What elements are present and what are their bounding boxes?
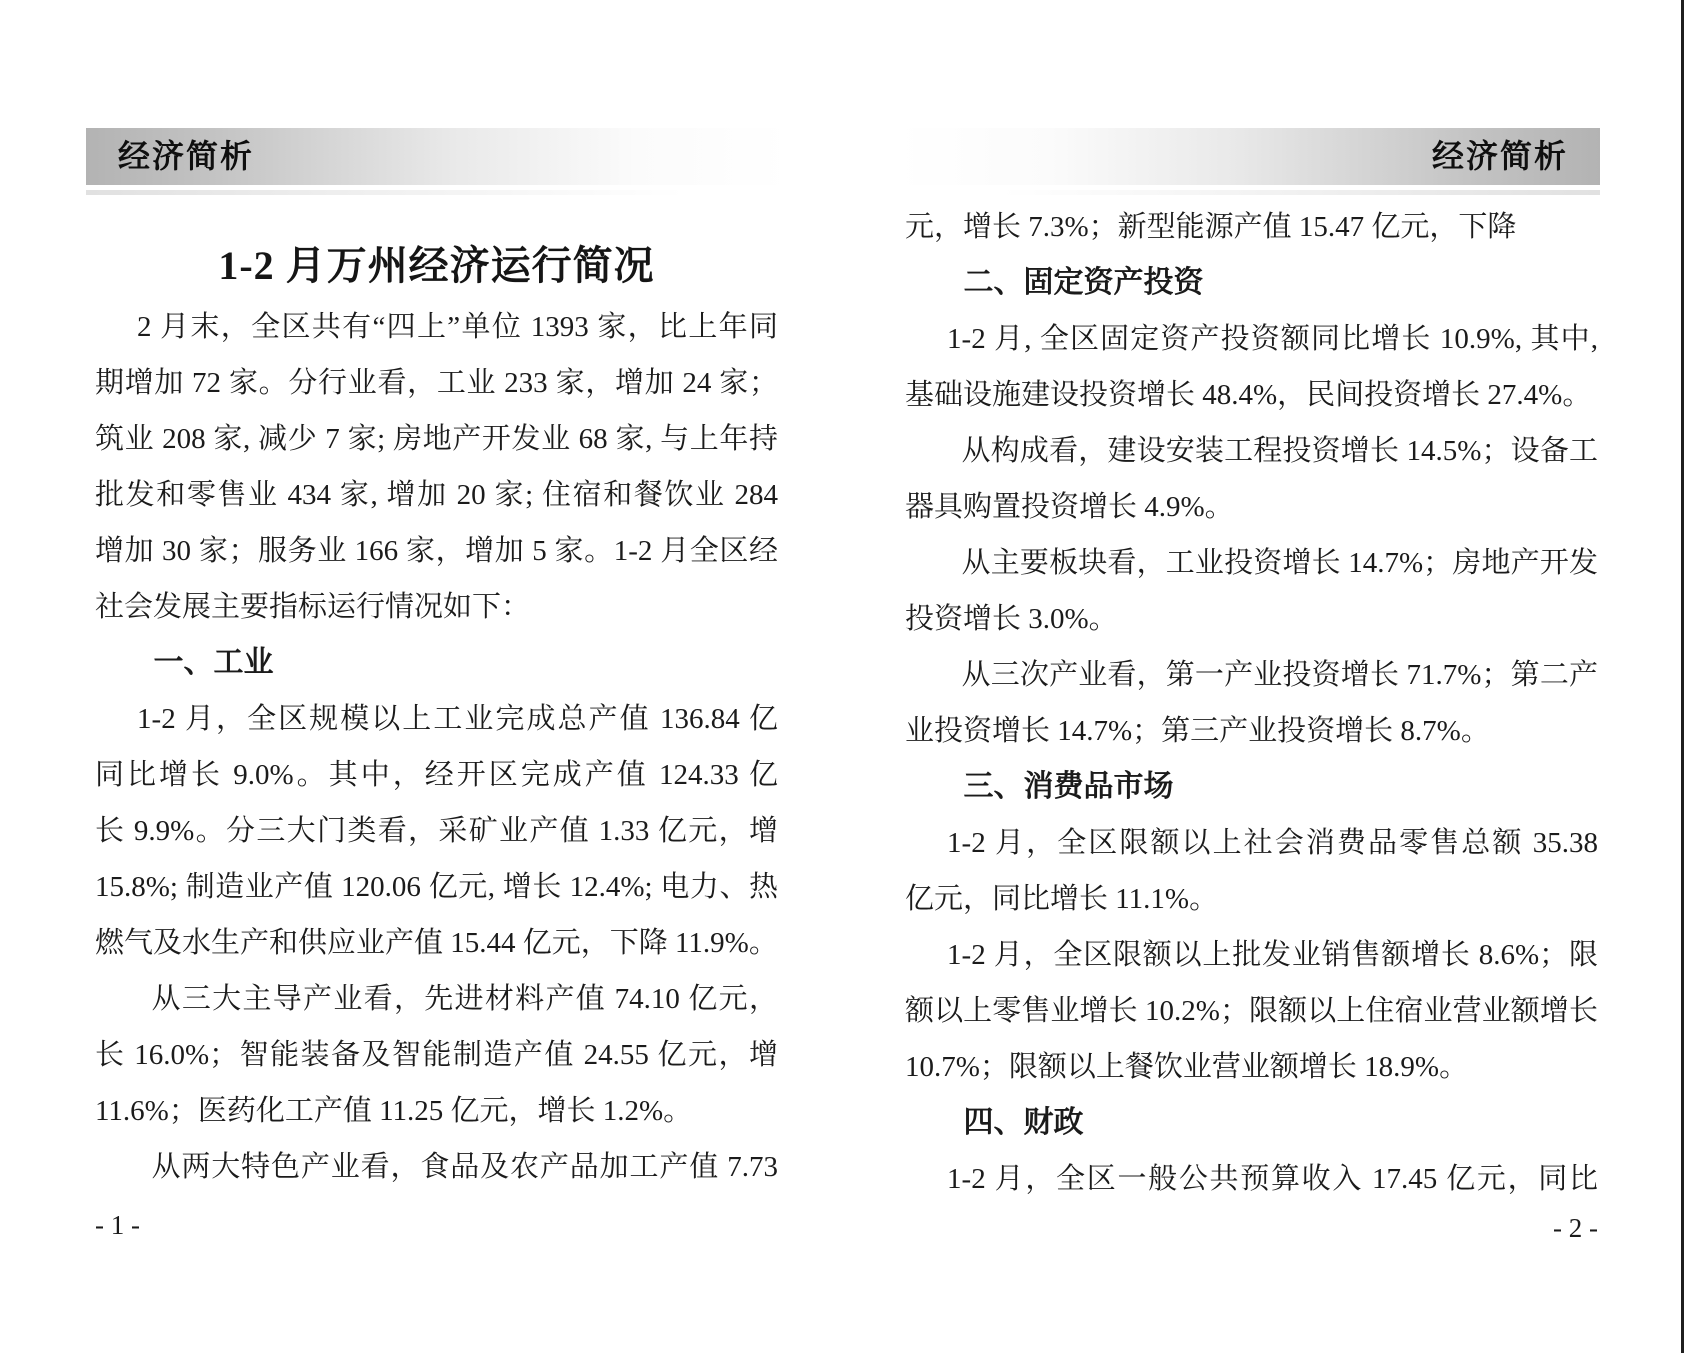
text-line: 从三大主导产业看，先进材料产值 74.10 亿元，增: [95, 971, 778, 1027]
text-line: 长 9.9%。分三大门类看，采矿业产值 1.33 亿元，增长: [95, 803, 778, 859]
header-band-label: 经济简析: [896, 128, 1600, 185]
text-line: 1-2 月，全区规模以上工业完成总产值 136.84 亿元，: [95, 691, 778, 747]
scanned-document-spread: 经济简析 经济简析 1-2 月万州经济运行简况 2 月末，全区共有“四上”单位 …: [0, 0, 1686, 1353]
page-right-body: 元，增长 7.3%；新型能源产值 15.47 亿元，下降 11.8%。 二、固定…: [905, 199, 1598, 1207]
header-band-right: 经济简析: [896, 128, 1600, 185]
text-line: 11.6%；医药化工产值 11.25 亿元，增长 1.2%。: [95, 1083, 778, 1139]
text-line: 燃气及水生产和供应业产值 15.44 亿元，下降 11.9%。: [95, 915, 778, 971]
text-line: 社会发展主要指标运行情况如下：: [95, 579, 778, 635]
text-line: 业投资增长 14.7%；第三产业投资增长 8.7%。: [905, 703, 1598, 759]
text-line: 1-2 月，全区限额以上社会消费品零售总额 35.38: [905, 815, 1598, 871]
text-line: 额以上零售业增长 10.2%；限额以上住宿业营业额增长: [905, 983, 1598, 1039]
header-band-underline-left: [86, 190, 790, 195]
text-line: 2 月末，全区共有“四上”单位 1393 家，比上年同: [95, 299, 778, 355]
text-line: 从两大特色产业看，食品及农产品加工产值 7.73 亿: [95, 1139, 778, 1195]
text-line: 从三次产业看，第一产业投资增长 71.7%；第二产: [905, 647, 1598, 703]
page-number: - 2 -: [905, 1208, 1598, 1248]
header-band-label: 经济简析: [86, 128, 790, 185]
text-line: 从构成看，建设安装工程投资增长 14.5%；设备工: [905, 423, 1598, 479]
section-heading: 四、财政: [905, 1095, 1598, 1151]
document-title: 1-2 月万州经济运行简况: [95, 234, 778, 298]
text-line: 1-2 月，全区一般公共预算收入 17.45 亿元，同比: [905, 1151, 1598, 1207]
page-left-body: 2 月末，全区共有“四上”单位 1393 家，比上年同 期增加 72 家。分行业…: [95, 299, 778, 1195]
text-line: 亿元，同比增长 11.1%。: [905, 871, 1598, 927]
text-line: 器具购置投资增长 4.9%。: [905, 479, 1598, 535]
text-line: 10.7%；限额以上餐饮业营业额增长 18.9%。: [905, 1039, 1598, 1095]
text-line: 1-2 月, 全区固定资产投资额同比增长 10.9%, 其中,: [905, 311, 1598, 367]
section-heading: 三、消费品市场: [905, 759, 1598, 815]
text-line: 从主要板块看，工业投资增长 14.7%；房地产开发: [905, 535, 1598, 591]
text-line: 增加 30 家；服务业 166 家，增加 5 家。1-2 月全区经济: [95, 523, 778, 579]
text-line: 元，增长 7.3%；新型能源产值 15.47 亿元，下降 11.8%。: [905, 199, 1598, 255]
page-number: - 1 -: [95, 1205, 778, 1245]
header-band-left: 经济简析: [86, 128, 790, 185]
section-heading: 二、固定资产投资: [905, 255, 1598, 311]
text-line: 筑业 208 家, 减少 7 家; 房地产开发业 68 家, 与上年持平;: [95, 411, 778, 467]
section-heading: 一、工业: [95, 635, 778, 691]
header-band-underline-right: [896, 190, 1600, 195]
text-line: 1-2 月，全区限额以上批发业销售额增长 8.6%；限: [905, 927, 1598, 983]
scan-edge-line: [1681, 0, 1684, 1353]
text-line: 同比增长 9.0%。其中，经开区完成产值 124.33 亿元，增: [95, 747, 778, 803]
text-line: 批发和零售业 434 家, 增加 20 家; 住宿和餐饮业 284 家,: [95, 467, 778, 523]
text-line: 15.8%; 制造业产值 120.06 亿元, 增长 12.4%; 电力、热力、: [95, 859, 778, 915]
text-line: 长 16.0%；智能装备及智能制造产值 24.55 亿元，增长: [95, 1027, 778, 1083]
text-line: 期增加 72 家。分行业看，工业 233 家，增加 24 家；建: [95, 355, 778, 411]
text-line: 投资增长 3.0%。: [905, 591, 1598, 647]
text-line: 基础设施建设投资增长 48.4%，民间投资增长 27.4%。: [905, 367, 1598, 423]
